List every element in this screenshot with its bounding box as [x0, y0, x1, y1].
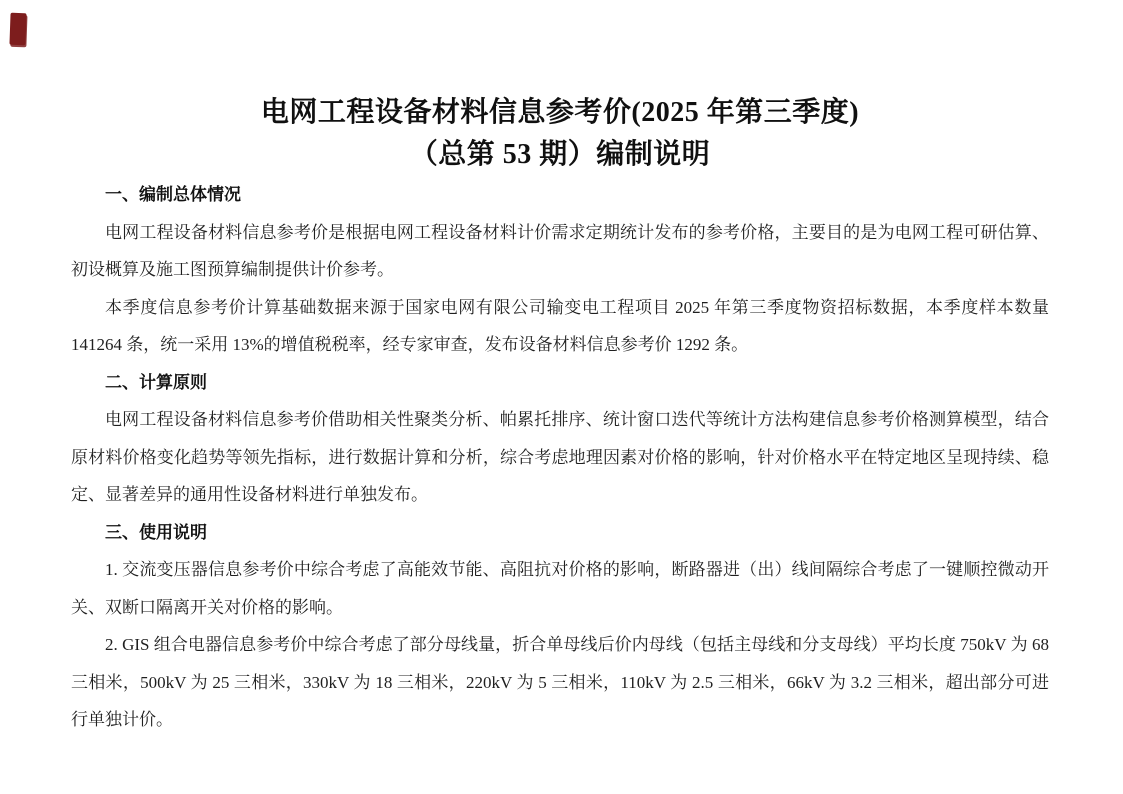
paragraph-overview-1: 电网工程设备材料信息参考价是根据电网工程设备材料计价需求定期统计发布的参考价格，… [71, 214, 1049, 289]
document-title-line-2: （总第 53 期）编制说明 [71, 134, 1049, 176]
paragraph-overview-2: 本季度信息参考价计算基础数据来源于国家电网有限公司输变电工程项目 2025 年第… [71, 289, 1049, 364]
red-stamp-mark-icon [9, 13, 26, 46]
paragraph-calculation-principles-1: 电网工程设备材料信息参考价借助相关性聚类分析、帕累托排序、统计窗口迭代等统计方法… [71, 401, 1049, 514]
document-page: 电网工程设备材料信息参考价(2025 年第三季度) （总第 53 期）编制说明 … [0, 0, 1123, 794]
paragraph-usage-note-2: 2. GIS 组合电器信息参考价中综合考虑了部分母线量，折合单母线后价内母线（包… [71, 626, 1049, 739]
paragraph-usage-note-1: 1. 交流变压器信息参考价中综合考虑了高能效节能、高阻抗对价格的影响，断路器进（… [71, 551, 1049, 626]
section-heading-calculation-principles: 二、计算原则 [71, 364, 1049, 402]
section-heading-usage-notes: 三、使用说明 [71, 514, 1049, 552]
document-title-line-1: 电网工程设备材料信息参考价(2025 年第三季度) [71, 92, 1049, 134]
section-heading-overview: 一、编制总体情况 [71, 176, 1049, 214]
document-title: 电网工程设备材料信息参考价(2025 年第三季度) （总第 53 期）编制说明 [71, 92, 1049, 176]
